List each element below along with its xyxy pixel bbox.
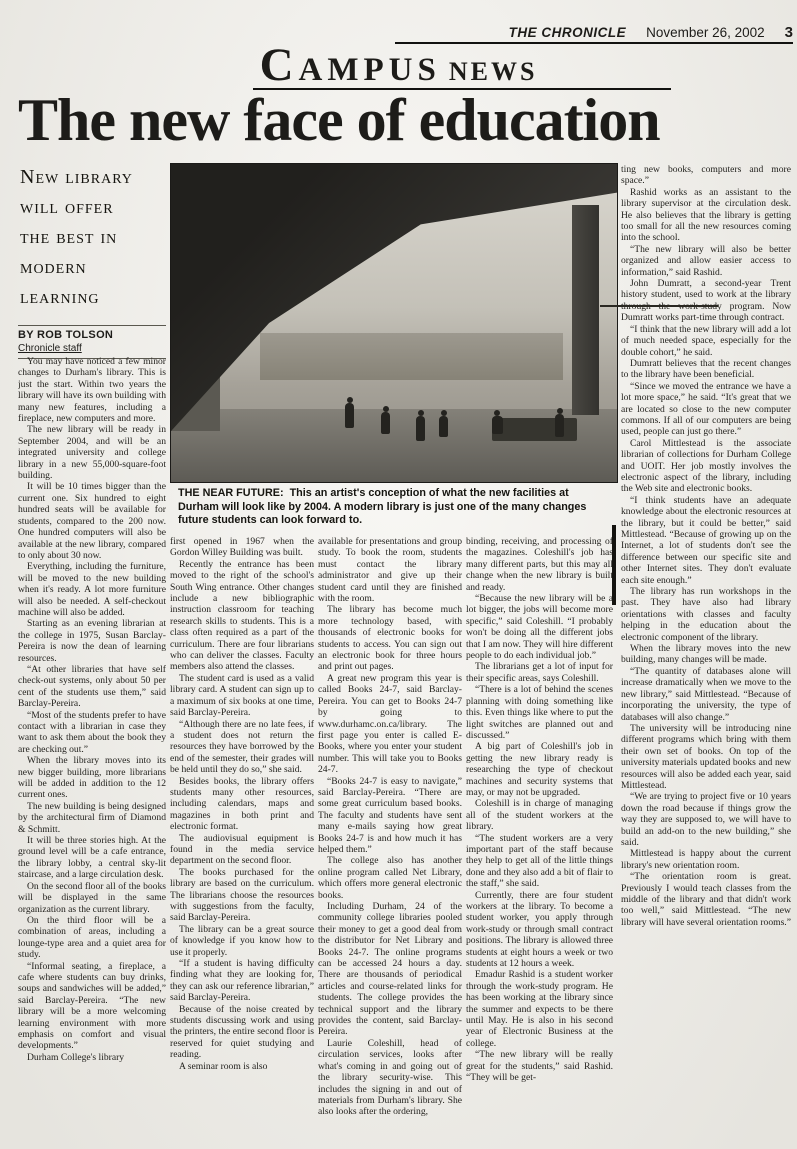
photo-person [439,416,448,437]
paragraph: “The student workers are a very importan… [466,833,613,890]
section-subtitle: NEWS [449,57,538,86]
paragraph: Durham College's library [18,1052,166,1063]
paragraph: binding, receiving, and processing of th… [466,536,613,593]
photo-pillar [572,205,599,415]
paragraph: A great new program this year is called … [318,673,462,776]
scan-artifact-horizontal [600,305,718,307]
byline: BY ROB TOLSON Chronicle staff [18,325,166,359]
paragraph: “Books 24-7 is easy to navigate,” said B… [318,776,462,856]
paragraph: The college also has another online prog… [318,855,462,901]
paragraph: A seminar room is also [170,1061,314,1072]
paragraph: When the library moves into the new buil… [621,643,791,666]
paragraph: “I think that the new library will add a… [621,324,791,358]
byline-author: BY ROB TOLSON [18,329,166,341]
paragraph: “Because the new library will be a lot b… [466,593,613,661]
paragraph: It will be 10 times bigger than the curr… [18,481,166,561]
paragraph: “There is a lot of behind the scenes pla… [466,684,613,741]
paragraph: Currently, there are four student worker… [466,890,613,970]
photo-person [381,412,390,434]
article-column-4: binding, receiving, and processing of th… [466,536,613,1148]
paragraph: Because of the noise created by students… [170,1004,314,1061]
paragraph: The books purchased for the library are … [170,867,314,924]
issue-date: November 26, 2002 [646,25,765,40]
paragraph: The new building is being designed by th… [18,801,166,835]
paragraph: Everything, including the furniture, wil… [18,561,166,618]
photo-background-building [260,333,563,381]
section-title: Campus [260,39,441,91]
paragraph: “Most of the students prefer to have con… [18,710,166,756]
paragraph: Besides books, the library offers studen… [170,776,314,833]
scan-artifact-vertical [612,525,616,605]
article-photo [170,163,618,483]
paragraph: Rashid works as an assistant to the libr… [621,187,791,244]
paragraph: “At other libraries that have self check… [18,664,166,710]
paragraph: “We are trying to project five or 10 yea… [621,791,791,848]
paragraph: Coleshill is in charge of managing all o… [466,798,613,832]
photo-person [416,416,425,441]
paragraph: The library has run workshops in the pas… [621,586,791,643]
photo-person [345,403,354,428]
deck-line: modern [20,252,166,282]
paragraph: “Informal seating, a fireplace, a cafe w… [18,961,166,1052]
paragraph: Recently the entrance has been moved to … [170,559,314,673]
paragraph: “The new library will be really great fo… [466,1049,613,1083]
deck-line: New library [20,162,166,192]
paragraph: “I think students have an adequate knowl… [621,495,791,586]
paragraph: The audiovisual equipment is found in th… [170,833,314,867]
paper-name: THE CHRONICLE [509,25,627,40]
paragraph: The librarians get a lot of input for th… [466,661,613,684]
photo-person [492,416,503,434]
paragraph: When the library moves into its new bigg… [18,755,166,801]
paragraph: The library can be a great source of kno… [170,924,314,958]
photo-caption-lead: THE NEAR FUTURE: [178,487,284,499]
paragraph: You may have noticed a few minor changes… [18,356,166,424]
paragraph: first opened in 1967 when the Gordon Wil… [170,536,314,559]
paragraph: “Although there are no late fees, if a s… [170,719,314,776]
paragraph: Mittlestead is happy about the current l… [621,848,791,871]
paragraph: Starting as an evening librarian at the … [18,618,166,664]
paragraph: On the third floor will be a combination… [18,915,166,961]
paragraph: Dumratt believes that the recent changes… [621,358,791,381]
article-column-3: available for presentations and group st… [318,536,462,1148]
deck-line: learning [20,282,166,312]
deck-line: will offer [20,192,166,222]
paragraph: The university will be introducing nine … [621,723,791,791]
article-deck: New librarywill offerthe best inmodernle… [20,162,166,312]
paragraph: “The orientation room is great. Previous… [621,871,791,928]
paragraph: “The quantity of databases alone will in… [621,666,791,723]
paragraph: “The new library will also be better org… [621,244,791,278]
paragraph: On the second floor all of the books wil… [18,881,166,915]
page-header: THE CHRONICLE November 26, 2002 3 [395,24,793,41]
paragraph: John Dumratt, a second-year Trent histor… [621,278,791,324]
article-column-1: You may have noticed a few minor changes… [18,356,166,1146]
paragraph: Emadur Rashid is a student worker throug… [466,969,613,1049]
paragraph: It will be three stories high. At the gr… [18,835,166,881]
paragraph: “If a student is having difficulty findi… [170,958,314,1004]
section-masthead: CampusNEWS [0,42,797,89]
paragraph: available for presentations and group st… [318,536,462,604]
photo-person [555,414,564,437]
deck-line: the best in [20,222,166,252]
page-number: 3 [785,24,793,41]
photo-bench [492,418,577,440]
article-headline: The new face of education [18,90,793,150]
paragraph: ting new books, computers and more space… [621,164,791,187]
paragraph: A big part of Coleshill's job in getting… [466,741,613,798]
article-column-5: ting new books, computers and more space… [621,164,791,1148]
paragraph: The library has become much more technol… [318,604,462,672]
paragraph: Laurie Coleshill, head of circulation se… [318,1038,462,1118]
byline-affiliation: Chronicle staff [18,343,166,354]
paragraph: Including Durham, 24 of the community co… [318,901,462,1038]
photo-caption: THE NEAR FUTURE:This an artist's concept… [178,487,610,528]
paragraph: The student card is used as a valid libr… [170,673,314,719]
paragraph: Carol Mittlestead is the associate libra… [621,438,791,495]
paragraph: “Since we moved the entrance we have a l… [621,381,791,438]
article-column-2: first opened in 1967 when the Gordon Wil… [170,536,314,1148]
newspaper-page: THE CHRONICLE November 26, 2002 3 Campus… [0,0,797,1149]
paragraph: The new library will be ready in Septemb… [18,424,166,481]
